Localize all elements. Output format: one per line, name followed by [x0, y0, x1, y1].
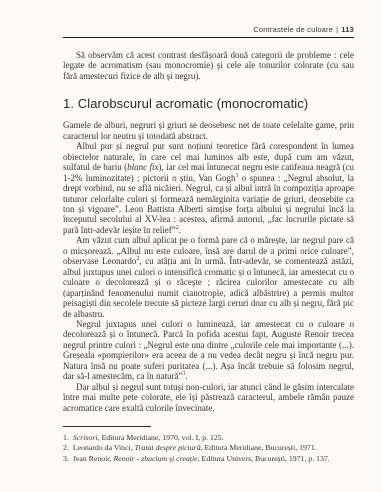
paragraph: Negrul juxtapus unei culori o luminează,… [63, 319, 354, 382]
text-run: . [179, 225, 181, 235]
text-run: Tratat despre pictură [135, 443, 201, 452]
footnote-item: 1.Scrisori, Editura Meridiane, 1970, vol… [63, 433, 354, 443]
header-separator: | [336, 25, 338, 34]
section-title: 1. Clarobscurul acromatic (monocromatic) [63, 96, 354, 111]
book-page-scan: Contrastele de culoare|113 Să observăm c… [0, 0, 381, 492]
footnote-number: 3. [63, 454, 69, 463]
running-header: Contrastele de culoare|113 [63, 25, 354, 34]
text-run: Jean Renoir, [73, 454, 114, 463]
text-run: Renoir - zbucium și creație [113, 454, 197, 463]
text-run: Gamele de alburi, negruri și griuri se d… [63, 120, 354, 140]
header-rule [63, 37, 354, 38]
footnote-item: 3.Jean Renoir, Renoir - zbucium și creaț… [63, 454, 354, 464]
footnote-item: 2.Leonardo da Vinci, Tratat despre pictu… [63, 443, 354, 453]
text-run: , Editura Meridiane, 1970, vol. I, p. 12… [98, 433, 224, 442]
body-paragraphs: Gamele de alburi, negruri și griuri se d… [63, 120, 354, 413]
text-run: Leonardo da Vinci, [73, 443, 135, 452]
paragraph: Albul pur și negrul pur sunt noțiuni teo… [63, 141, 354, 235]
paragraph: Să observăm că acest contrast desfășoară… [63, 50, 354, 81]
footnotes: 1.Scrisori, Editura Meridiane, 1970, vol… [63, 433, 354, 464]
paragraph: Am văzut cum albul aplicat pe o formă pa… [63, 235, 354, 319]
running-title: Contrastele de culoare [253, 25, 333, 34]
text-run: Dar albul și negrul sunt totuși non-culo… [63, 382, 354, 413]
footnote-rule [63, 426, 151, 427]
page-content: Contrastele de culoare|113 Să observăm c… [63, 0, 354, 464]
text-run: , Editura Meridiane, București, 1971. [201, 443, 317, 452]
text-run: . [185, 371, 187, 381]
footnote-number: 1. [63, 433, 69, 442]
page-number: 113 [341, 25, 354, 34]
paragraph: Dar albul și negrul sunt totuși non-culo… [63, 382, 354, 413]
text-run: Scrisori [73, 433, 98, 442]
text-run: blanc fix [127, 162, 158, 172]
footnote-number: 2. [63, 443, 69, 452]
paragraph: Gamele de alburi, negruri și griuri se d… [63, 120, 354, 141]
text-run: Să observăm că acest contrast desfășoară… [63, 50, 354, 81]
intro-paragraphs: Să observăm că acest contrast desfășoară… [63, 50, 354, 81]
text-run: Negrul juxtapus unei culori o luminează,… [63, 319, 354, 381]
text-run: , Editura Univers, București, 1971, p. 1… [198, 454, 330, 463]
